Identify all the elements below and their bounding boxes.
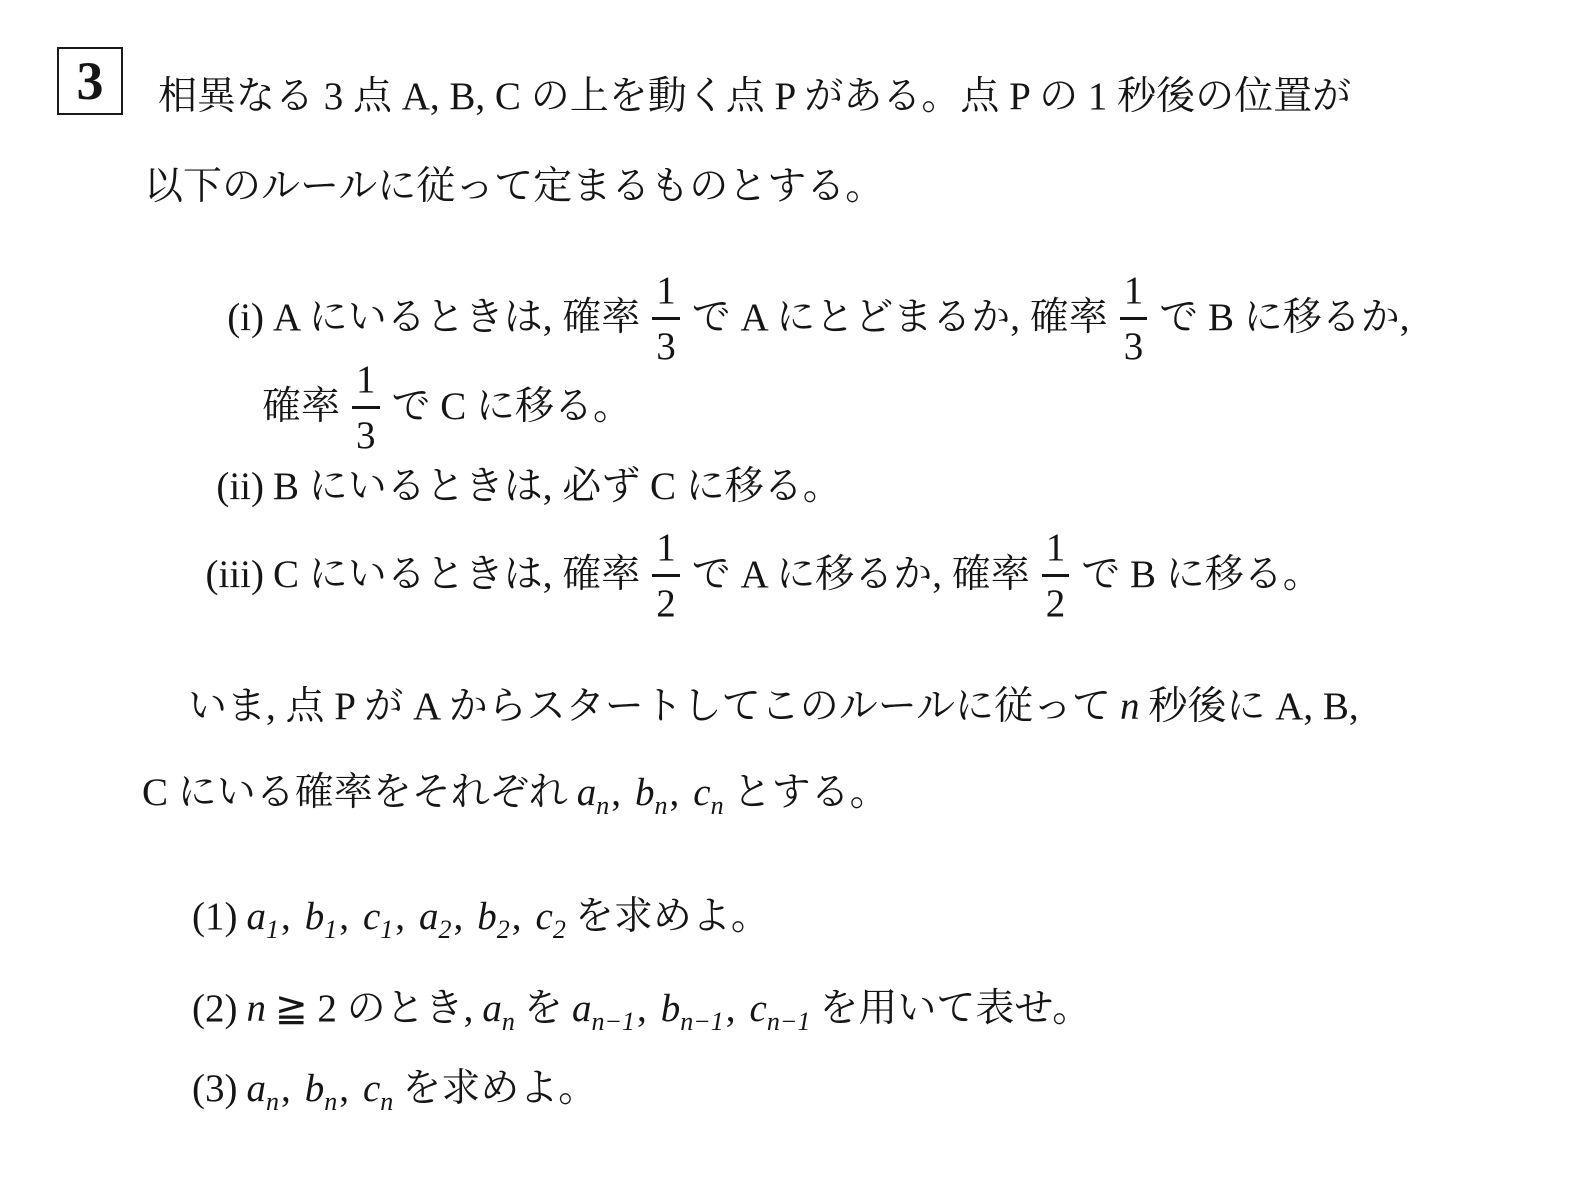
math-subscript: n [324,1087,337,1116]
fraction-numerator: 1 [652,271,680,317]
math-subscript: 2 [497,915,510,944]
comma-separator: , [670,767,680,820]
problem-number-box: 3 [57,47,123,115]
fraction-numerator: 1 [352,360,380,406]
math-subscript: 2 [439,915,452,944]
math-var-n: n [246,983,266,1036]
fraction-one-half: 12 [652,528,680,623]
setup-line-2: C にいる確率をそれぞれ an , bn , cn とする。 [142,764,889,822]
fraction-numerator: 1 [652,528,680,574]
fraction-denominator: 2 [652,574,680,623]
math-var: c [536,895,553,938]
math-problem-page: { "punct": { "comma": "," }, "header": {… [0,0,1577,1199]
comma-separator: , [637,983,647,1036]
comma-separator: , [512,891,522,944]
comma-separator: , [454,891,464,944]
math-var: c [750,987,767,1030]
comma-separator: , [395,891,405,944]
fraction-numerator: 1 [1120,271,1148,317]
intro-line-2: 以下のルールに従って定まるものとする。 [144,158,884,216]
setup-text-2: 秒後に A, B, [1148,681,1358,734]
setup-text-3: C にいる確率をそれぞれ [142,767,568,820]
rule-i-text-2: で A にとどまるか, 確率 [692,292,1108,345]
rule-iii-text-3: で B に移る。 [1081,549,1322,602]
math-term-bn-1: bn−1 [661,983,724,1036]
rule-i-label: (i) [120,292,264,345]
comma-separator: , [611,767,621,820]
rule-iii-label: (iii) [120,549,264,602]
rule-iii-text-2: で A に移るか, 確率 [692,549,1030,602]
question-2-text: を [524,983,563,1036]
comma-separator: , [281,891,291,944]
rule-item-iii: (iii) C にいるときは, 確率 12 で A に移るか, 確率 12 で … [120,515,1322,635]
question-3-label: (3) [192,1063,237,1116]
fraction-one-third: 13 [652,271,680,366]
math-subscript: n−1 [591,1007,635,1036]
rule-ii-text: B にいるときは, 必ず C に移る。 [273,461,842,514]
question-3: (3) an , bn , cn を求めよ。 [192,1058,597,1120]
comma-separator: , [339,1063,349,1116]
question-2-tail: を用いて表せ。 [819,983,1091,1036]
rule-i-text-4: 確率 [262,381,340,434]
math-var: a [572,987,592,1030]
math-term-bn: bn [305,1063,338,1116]
math-var: a [246,895,266,938]
math-term-bn: bn [635,767,668,820]
problem-number: 3 [77,50,104,112]
math-var: a [419,895,439,938]
rule-item-ii: (ii) B にいるときは, 必ず C に移る。 [120,458,842,516]
math-subscript: n [266,1087,279,1116]
math-term-b2: b2 [477,891,510,944]
intro-text-1: 相異なる 3 点 A, B, C の上を動く点 P がある。点 P の 1 秒後… [158,71,1351,124]
comma-separator: , [726,983,736,1036]
math-term-cn: cn [693,767,723,820]
rule-i-text-3: で B に移るか, [1159,292,1409,345]
math-var: c [363,1067,380,1110]
math-var: b [661,987,681,1030]
math-var: c [693,771,710,814]
question-1-label: (1) [192,891,237,944]
fraction-numerator: 1 [1042,528,1070,574]
math-subscript: 2 [553,915,566,944]
question-2: (2) n ≧ 2 のとき, an を an−1 , bn−1 , cn−1 を… [192,976,1091,1042]
math-var: b [477,895,497,938]
math-term-c1: c1 [363,891,393,944]
question-3-tail: を求めよ。 [402,1063,597,1116]
fraction-one-third: 13 [352,360,380,455]
intro-text-2: 以下のルールに従って定まるものとする。 [144,161,884,214]
question-2-label: (2) [192,983,237,1036]
math-subscript: n [502,1007,515,1036]
setup-text-4: とする。 [733,767,889,820]
question-1-tail: を求めよ。 [575,891,770,944]
fraction-denominator: 3 [352,406,380,455]
math-term-a2: a2 [419,891,452,944]
math-var-n: n [1120,681,1140,734]
math-subscript: n [596,791,609,820]
intro-line-1: 相異なる 3 点 A, B, C の上を動く点 P がある。点 P の 1 秒後… [158,68,1351,126]
math-term-an: an [246,1063,279,1116]
rule-item-i-line2: 確率 13 で C に移る。 [262,350,632,465]
math-var: a [577,771,597,814]
rule-iii-text-1: C にいるときは, 確率 [273,549,640,602]
fraction-denominator: 2 [1042,574,1070,623]
question-1: (1) a1 , b1 , c1 , a2 , b2 , c2 を求めよ。 [192,886,770,948]
setup-line-1: いま, 点 P が A からスタートしてこのルールに従って n 秒後に A, B… [188,678,1359,736]
math-term-b1: b1 [305,891,338,944]
math-var: a [246,1067,266,1110]
math-term-a1: a1 [246,891,279,944]
question-2-condition: ≧ 2 のとき, [275,983,473,1036]
math-subscript: n [380,1087,393,1116]
math-var: b [635,771,655,814]
math-var: a [482,987,502,1030]
math-term-cn-1: cn−1 [750,983,811,1036]
math-term-c2: c2 [536,891,566,944]
math-subscript: n [711,791,724,820]
math-term-cn: cn [363,1063,393,1116]
fraction-denominator: 3 [1120,317,1148,366]
math-var: c [363,895,380,938]
math-subscript: n−1 [680,1007,724,1036]
rule-i-text-1: A にいるときは, 確率 [273,292,640,345]
math-term-an: an [482,983,515,1036]
comma-separator: , [339,891,349,944]
fraction-one-third: 13 [1120,271,1148,366]
math-subscript: 1 [266,915,279,944]
fraction-denominator: 3 [652,317,680,366]
math-term-an-1: an−1 [572,983,635,1036]
comma-separator: , [281,1063,291,1116]
math-var: b [305,895,325,938]
math-subscript: n [655,791,668,820]
math-var: b [305,1067,325,1110]
math-term-an: an [577,767,610,820]
rule-ii-label: (ii) [120,461,264,514]
math-subscript: n−1 [767,1007,811,1036]
fraction-one-half: 12 [1042,528,1070,623]
rule-i-text-5: で C に移る。 [392,381,633,434]
math-subscript: 1 [324,915,337,944]
setup-text-1: いま, 点 P が A からスタートしてこのルールに従って [188,681,1111,734]
math-subscript: 1 [380,915,393,944]
